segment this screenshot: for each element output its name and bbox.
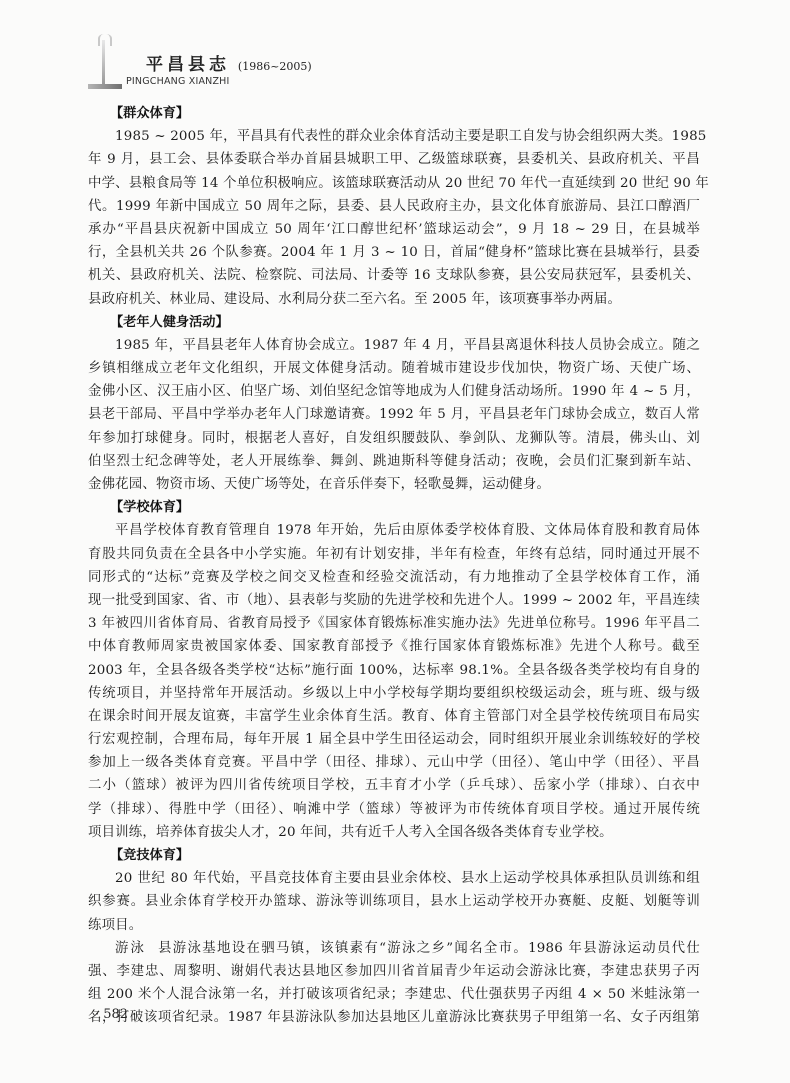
text-line: 平昌学校体育教育管理自 1978 年开始，先后由原体委学校体育股、文体局体育股和… [88,519,700,542]
text-line: 参加上一级各类体育竞赛。平昌中学（田径、排球）、元山中学（田径）、笔山中学（田径… [88,751,700,774]
text-line: 现一批受到国家、省、市（地）、县表彰与奖励的先进学校和先进个人。1999 ~ 2… [88,589,700,612]
text-line: 强、李建忠、周黎明、谢娟代表达县地区参加四川省首届青少年运动会游泳比赛，李建忠获… [88,960,700,983]
book-title-text: 平昌县志 [146,55,230,75]
running-header: 平昌县志 (1986~2005) PINGCHANG XIANZHI [88,28,408,90]
section-heading-competitive-sports: 【竞技体育】 [88,844,700,867]
text-line: 项目训练，培养体育拔尖人才，20 年间，共有近千人考入全国各级各类体育专业学校。 [88,821,700,844]
text-line: 县政府机关、林业局、建设局、水利局分获二至六名。至 2005 年，该项赛事举办两… [88,288,700,311]
book-subtitle: PINGCHANG XIANZHI [126,76,230,87]
text-span: 县游泳基地设在驷马镇，该镇素有“游泳之乡”闻名全市。1986 年县游泳运动员代仕 [158,941,700,956]
text-line: 县老干部局、平昌中学举办老年人门球邀请赛。1992 年 5 月，平昌县老年门球协… [88,403,700,426]
text-line: 年参加打球健身。同时，根据老人喜好，自发组织腰鼓队、拳剑队、龙狮队等。清晨，佛头… [88,427,700,450]
text-line: 金佛小区、汉王庙小区、伯坚广场、刘伯坚纪念馆等地成为人们健身活动场所。1990 … [88,380,700,403]
text-line: 2003 年，全县各级各类学校“达标”施行面 100%，达标率 98.1%。全县… [88,659,700,682]
page-number: · 582 · [95,1007,136,1022]
page-body: 【群众体育】 1985 ~ 2005 年，平昌具有代表性的群众业余体育活动主要是… [88,102,700,1030]
text-line: 育股共同负责在全县各中小学实施。年初有计划安排，半年有检查，年终有总结，同时通过… [88,543,700,566]
text-line: 代。1999 年新中国成立 50 周年之际，县委、县人民政府主办，县文化体育旅游… [88,195,700,218]
text-line: 组 200 米个人混合泳第一名，并打破该项省纪录；李建忠、代仕强获男子丙组 4 … [88,983,700,1006]
text-line: 乡镇相继成立老年文化组织，开展文体健身活动。随着城市建设步伐加快，物资广场、天使… [88,357,700,380]
text-line: 同形式的“达标”竞赛及学校之间交叉检查和经验交流活动，有力地推动了全县学校体育工… [88,566,700,589]
text-line: 在课余时间开展友谊赛，丰富学生业余体育生活。教育、体育主管部门对全县学校传统项目… [88,705,700,728]
text-line: 中体育教师周家贵被国家体委、国家教育部授予《推行国家体育锻炼标准》先进个人称号。… [88,635,700,658]
text-line: 二小（篮球）被评为四川省传统项目学校，五丰育才小学（乒乓球）、岳家小学（排球）、… [88,774,700,797]
run-in-heading-swimming: 游泳 [115,941,146,956]
text-line-swimming: 游泳县游泳基地设在驷马镇，该镇素有“游泳之乡”闻名全市。1986 年县游泳运动员… [88,937,700,960]
book-title: 平昌县志 (1986~2005) [146,50,312,75]
pagoda-logo-icon [88,32,124,88]
text-line: 1985 年，平昌县老年人体育协会成立。1987 年 4 月，平昌县离退休科技人… [88,334,700,357]
text-line: 行宏观控制，合理布局，每年开展 1 届全县中学生田径运动会，同时组织开展业余训练… [88,728,700,751]
text-line: 3 年被四川省体育局、省教育局授予《国家体育锻炼标准实施办法》先进单位称号。19… [88,612,700,635]
section-heading-mass-sports: 【群众体育】 [88,102,700,125]
text-line: 名，打破该项省纪录。1987 年县游泳队参加达县地区儿童游泳比赛获男子甲组第一名… [88,1006,700,1029]
text-line: 机关、县政府机关、法院、检察院、司法局、计委等 16 支球队参赛，县公安局获冠军… [88,264,700,287]
text-line: 金佛花园、物资市场、天使广场等处，在音乐伴奏下，轻歌曼舞，运动健身。 [88,473,700,496]
section-heading-school-sports: 【学校体育】 [88,496,700,519]
text-line: 年 9 月，县工会、县体委联合举办首届县城职工甲、乙级篮球联赛，县委机关、县政府… [88,148,700,171]
text-line: 1985 ~ 2005 年，平昌具有代表性的群众业余体育活动主要是职工自发与协会… [88,125,700,148]
text-line: 中学、县粮食局等 14 个单位积极响应。该篮球联赛活动从 20 世纪 70 年代… [88,172,700,195]
text-line: 织参赛。县业余体育学校开办篮球、游泳等训练项目，县水上运动学校开办赛艇、皮艇、划… [88,890,700,913]
text-line: 承办“平昌县庆祝新中国成立 50 周年‘江口醇世纪杯’篮球运动会”，9 月 18… [88,218,700,241]
book-years: (1986~2005) [238,60,312,73]
text-line: 练项目。 [88,914,700,937]
text-line: 20 世纪 80 年代始，平昌竞技体育主要由县业余体校、县水上运动学校具体承担队… [88,867,700,890]
text-line: 传统项目，并坚持常年开展活动。乡级以上中小学校每学期均要组织校级运动会，班与班、… [88,682,700,705]
text-line: 行，全县机关共 26 个队参赛。2004 年 1 月 3 ~ 10 日，首届“健… [88,241,700,264]
section-heading-elderly-fitness: 【老年人健身活动】 [88,311,700,334]
text-line: 伯坚烈士纪念碑等处，老人开展练拳、舞剑、跳迪斯科等健身活动；夜晚，会员们汇聚到新… [88,450,700,473]
text-line: 学（排球）、得胜中学（田径）、响滩中学（篮球）等被评为市传统体育项目学校。通过开… [88,798,700,821]
